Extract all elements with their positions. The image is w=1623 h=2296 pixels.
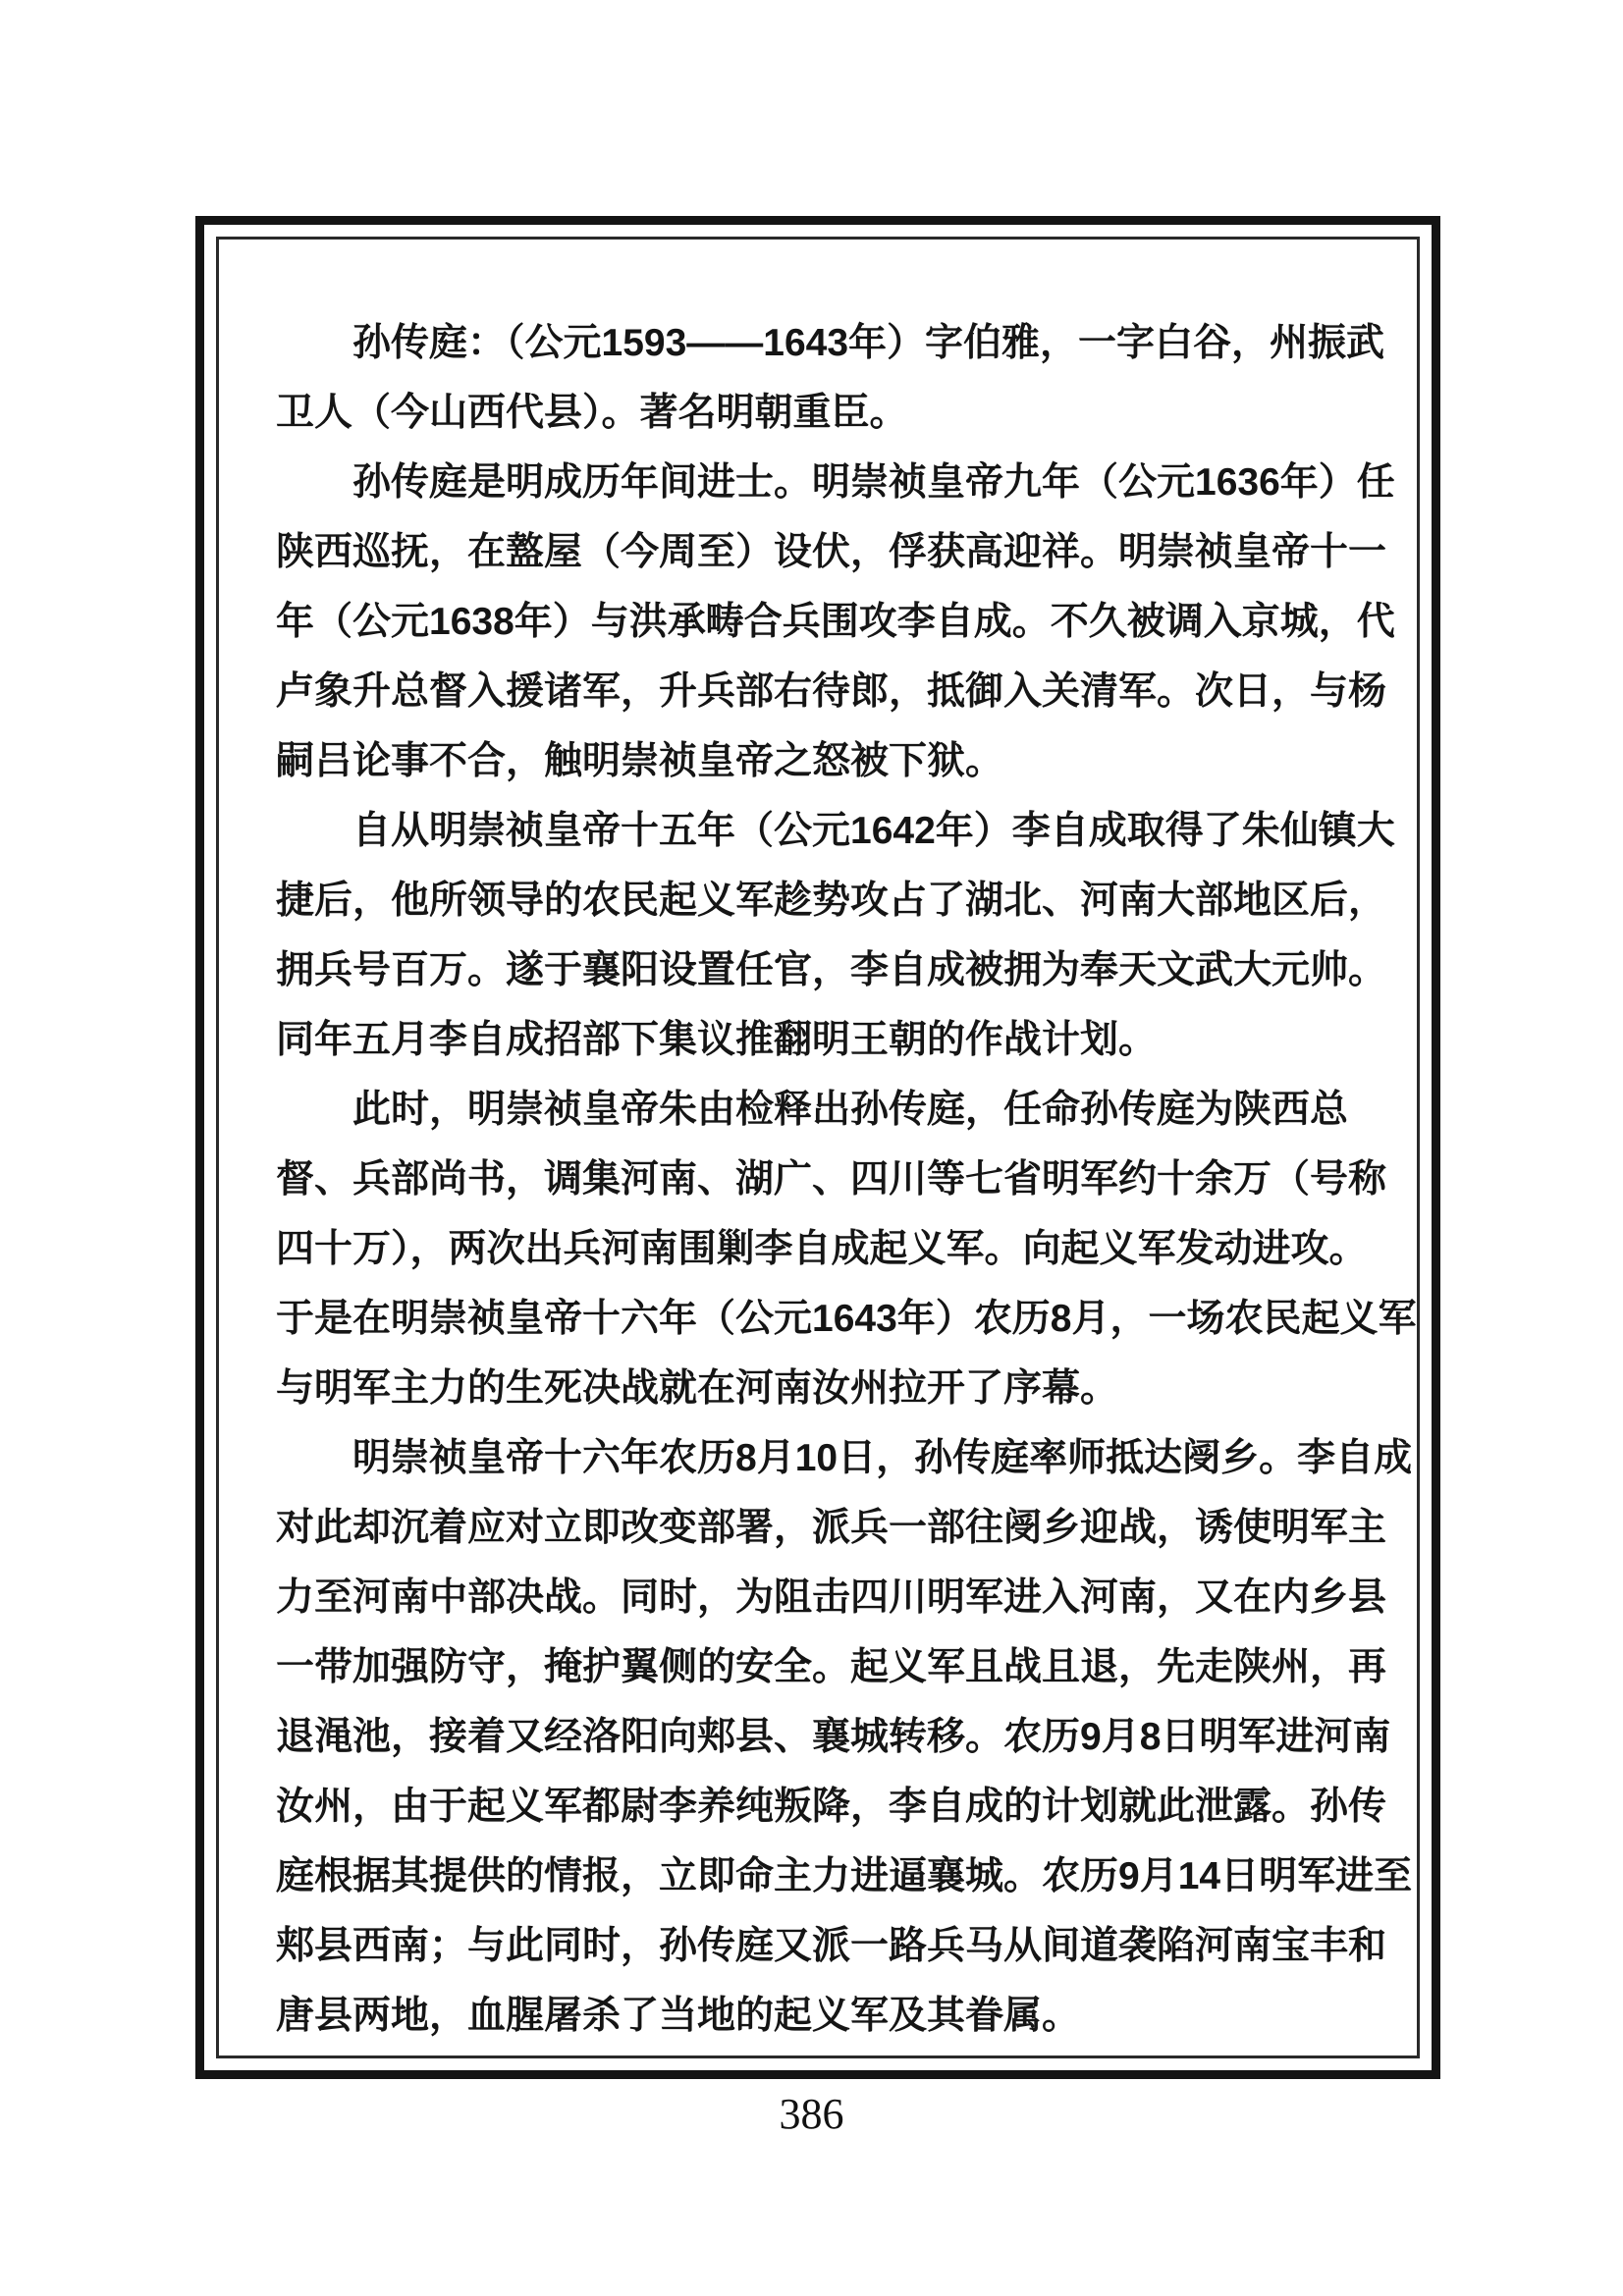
text-line: 督、兵部尚书，调集河南、湖广、四川等七省明军约十余万（号称 [276,1141,1370,1210]
text-line: 四十万），两次出兵河南围剿李自成起义军。向起义军发动进攻。 [276,1210,1370,1280]
text-line: 庭根据其提供的情报，立即命主力进逼襄城。农历9月14日明军进至 [276,1838,1370,1907]
text-line: 郏县西南；与此同时，孙传庭又派一路兵马从间道袭陷河南宝丰和 [276,1907,1370,1977]
text-line: 卢象升总督入援诸军，升兵部右待郎，抵御入关清军。次日，与杨 [276,653,1370,722]
text-line: 此时，明崇祯皇帝朱由检释出孙传庭，任命孙传庭为陕西总 [276,1071,1370,1141]
text-line: 捷后，他所领导的农民起义军趁势攻占了湖北、河南大部地区后， [276,862,1370,932]
scanned-book-page: 孙传庭：（公元1593——1643年）字伯雅，一字白谷，州振武卫人（今山西代县）… [0,0,1623,2296]
page-border-inner: 孙传庭：（公元1593——1643年）字伯雅，一字白谷，州振武卫人（今山西代县）… [216,237,1420,2058]
text-line: 孙传庭是明成历年间进士。明崇祯皇帝九年（公元1636年）任 [276,444,1370,513]
document-text: 孙传庭：（公元1593——1643年）字伯雅，一字白谷，州振武卫人（今山西代县）… [276,304,1370,2047]
text-line: 一带加强防守，掩护翼侧的安全。起义军且战且退，先走陕州，再 [276,1629,1370,1698]
text-line: 明崇祯皇帝十六年农历8月10日，孙传庭率师抵达阌乡。李自成 [276,1419,1370,1489]
text-line: 孙传庭：（公元1593——1643年）字伯雅，一字白谷，州振武 [276,304,1370,374]
text-line: 自从明崇祯皇帝十五年（公元1642年）李自成取得了朱仙镇大 [276,792,1370,862]
text-line: 对此却沉着应对立即改变部署，派兵一部往阌乡迎战，诱使明军主 [276,1489,1370,1559]
text-line: 与明军主力的生死决战就在河南汝州拉开了序幕。 [276,1350,1370,1419]
text-line: 年（公元1638年）与洪承畴合兵围攻李自成。不久被调入京城，代 [276,583,1370,653]
page-number: 386 [0,2089,1623,2139]
text-line: 力至河南中部决战。同时，为阻击四川明军进入河南，又在内乡县 [276,1559,1370,1629]
text-line: 汝州，由于起义军都尉李养纯叛降，李自成的计划就此泄露。孙传 [276,1768,1370,1838]
text-line: 唐县两地，血腥屠杀了当地的起义军及其眷属。 [276,1977,1370,2047]
text-line: 卫人（今山西代县）。著名明朝重臣。 [276,374,1370,444]
text-line: 嗣吕论事不合，触明崇祯皇帝之怒被下狱。 [276,722,1370,792]
text-line: 拥兵号百万。遂于襄阳设置任官，李自成被拥为奉天文武大元帅。 [276,932,1370,1001]
page-border-outer: 孙传庭：（公元1593——1643年）字伯雅，一字白谷，州振武卫人（今山西代县）… [195,216,1440,2079]
text-line: 陕西巡抚，在盩屋（今周至）设伏，俘获高迎祥。明崇祯皇帝十一 [276,513,1370,583]
text-line: 于是在明崇祯皇帝十六年（公元1643年）农历8月，一场农民起义军 [276,1280,1370,1350]
text-line: 退渑池，接着又经洛阳向郏县、襄城转移。农历9月8日明军进河南 [276,1698,1370,1768]
text-line: 同年五月李自成招部下集议推翻明王朝的作战计划。 [276,1001,1370,1071]
